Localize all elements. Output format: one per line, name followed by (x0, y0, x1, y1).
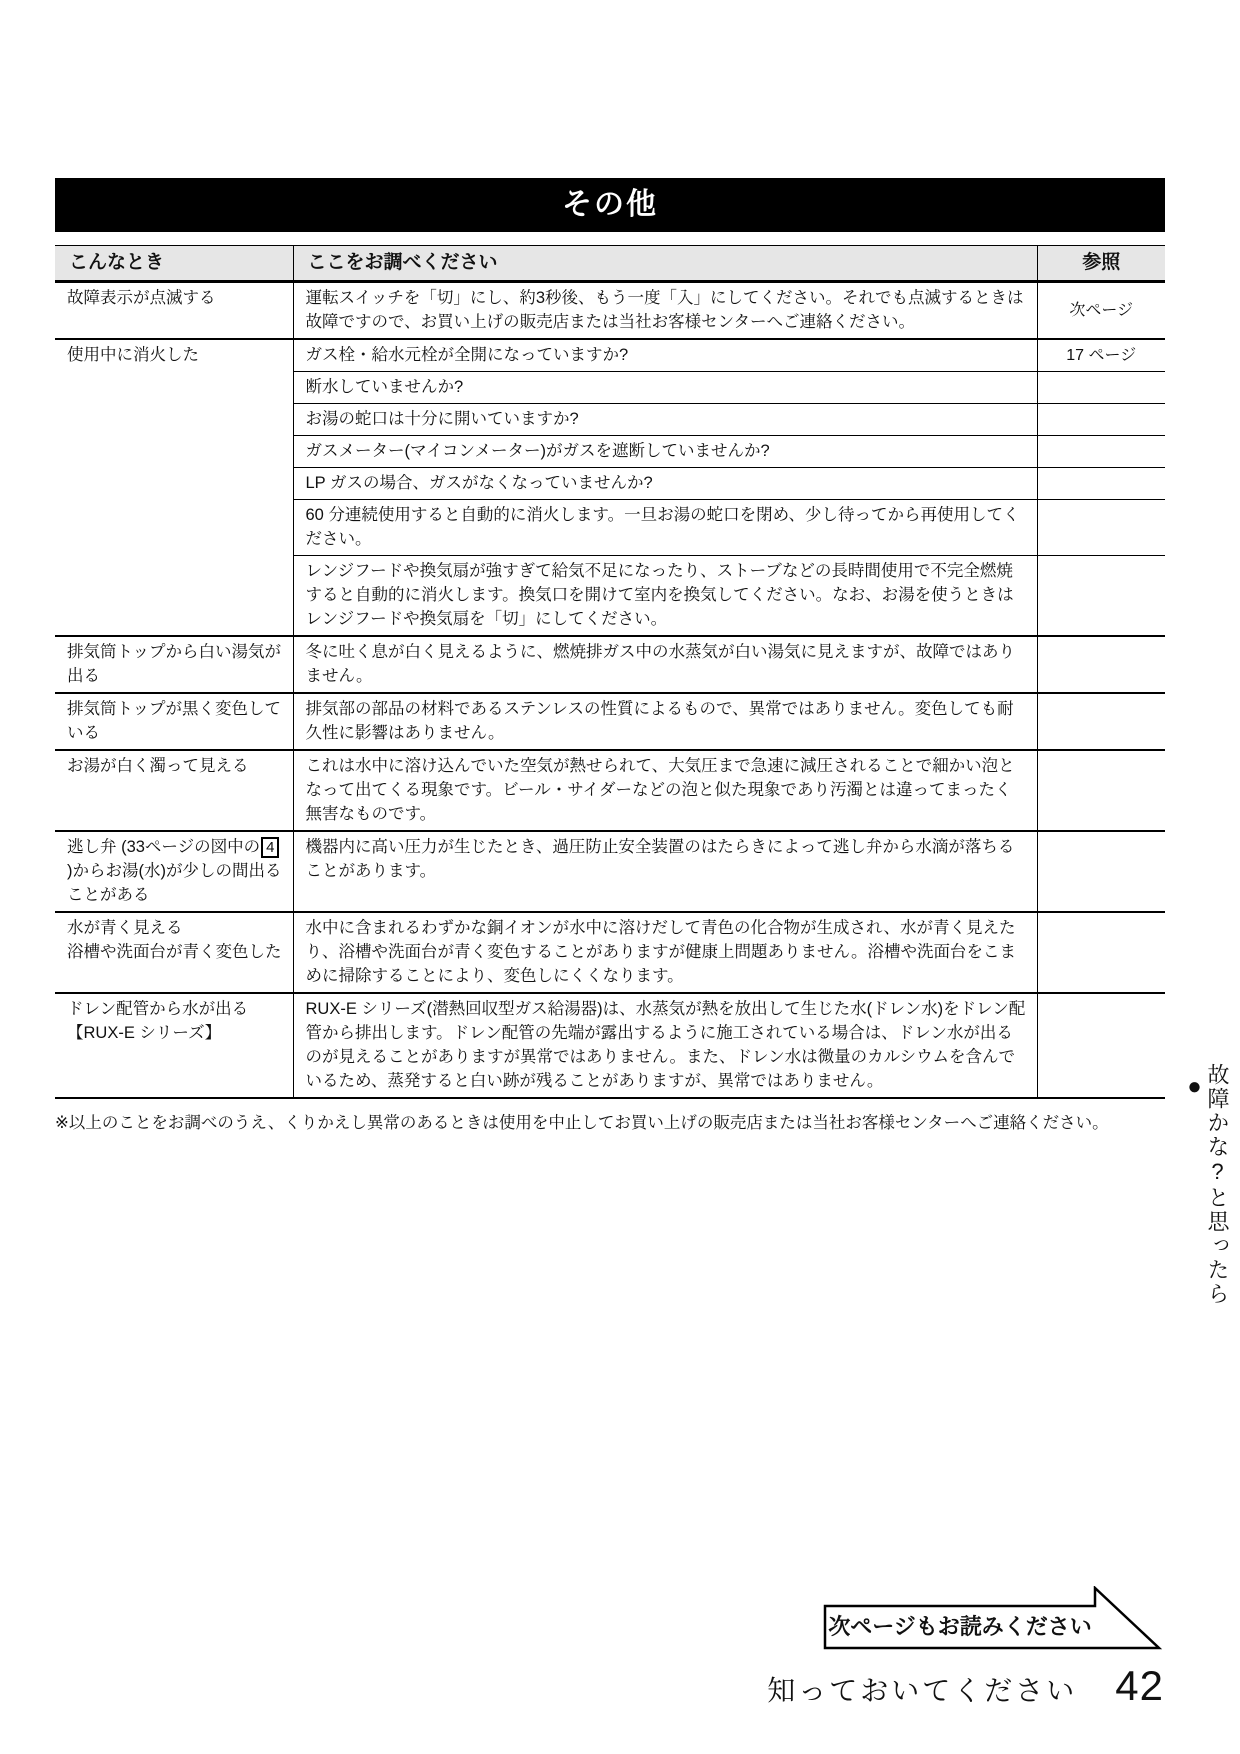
next-page-banner-text: 次ページもお読みください (825, 1606, 1095, 1648)
check-cell: 冬に吐く息が白く見えるように、燃焼排ガス中の水蒸気が白い湯気に見えますが、故障で… (293, 636, 1037, 693)
symptom-cell: 逃し弁 (33ページの図中の4)からお湯(水)が少しの間出ることがある (55, 831, 293, 912)
ref-cell (1037, 636, 1165, 693)
side-tab-bullet-icon: ● (1182, 1073, 1206, 1306)
check-cell: 水中に含まれるわずかな銅イオンが水中に溶けだして青色の化合物が生成され、水が青く… (293, 912, 1037, 993)
check-cell: 排気部の部品の材料であるステンレスの性質によるもので、異常ではありません。変色し… (293, 693, 1037, 750)
symptom-cell: お湯が白く濁って見える (55, 750, 293, 831)
ref-cell (1037, 372, 1165, 404)
check-cell: 機器内に高い圧力が生じたとき、過圧防止安全装置のはたらきによって逃し弁から水滴が… (293, 831, 1037, 912)
side-tab-text: 故障かな?と思ったら (1205, 1063, 1230, 1306)
column-header-when: こんなとき (55, 246, 293, 282)
symptom-text: 逃し弁 (33ページの図中の (67, 838, 260, 856)
section-title-bar: その他 (55, 178, 1165, 232)
ref-cell (1037, 750, 1165, 831)
row-drain-pipe: ドレン配管から水が出る 【RUX-E シリーズ】 RUX-E シリーズ(潜熱回収… (55, 993, 1165, 1098)
check-cell: ガスメーター(マイコンメーター)がガスを遮断していませんか? (293, 436, 1037, 468)
page-number: 42 (1115, 1662, 1164, 1710)
table-row: 使用中に消火した ガス栓・給水元栓が全開になっていますか? 17 ページ (55, 339, 1165, 372)
check-cell: RUX-E シリーズ(潜熱回収型ガス給湯器)は、水蒸気が熱を放出して生じた水(ド… (293, 993, 1037, 1098)
ref-cell (1037, 993, 1165, 1098)
check-cell: レンジフードや換気扇が強すぎて給気不足になったり、ストーブなどの長時間使用で不完… (293, 556, 1037, 637)
ref-cell (1037, 500, 1165, 556)
side-tab-label: 故障かな?と思ったら ● (1182, 1063, 1228, 1306)
symptom-cell: 使用中に消火した (55, 339, 293, 636)
symptom-line: 【RUX-E シリーズ】 (67, 1021, 283, 1045)
table-row: ドレン配管から水が出る 【RUX-E シリーズ】 RUX-E シリーズ(潜熱回収… (55, 993, 1165, 1098)
table-row: 排気筒トップから白い湯気が出る 冬に吐く息が白く見えるように、燃焼排ガス中の水蒸… (55, 636, 1165, 693)
table-row: お湯が白く濁って見える これは水中に溶け込んでいた空気が熱せられて、大気圧まで急… (55, 750, 1165, 831)
symptom-cell: ドレン配管から水が出る 【RUX-E シリーズ】 (55, 993, 293, 1098)
symptom-line: 水が青く見える (67, 916, 283, 940)
symptom-cell: 排気筒トップから白い湯気が出る (55, 636, 293, 693)
row-cloudy-water: お湯が白く濁って見える これは水中に溶け込んでいた空気が熱せられて、大気圧まで急… (55, 750, 1165, 831)
ref-cell (1037, 404, 1165, 436)
row-black-discoloration: 排気筒トップが黒く変色している 排気部の部品の材料であるステンレスの性質によるも… (55, 693, 1165, 750)
symptom-text: )からお湯(水)が少しの間出ることがある (67, 862, 281, 904)
row-blue-water: 水が青く見える 浴槽や洗面台が青く変色した 水中に含まれるわずかな銅イオンが水中… (55, 912, 1165, 993)
page-content: その他 こんなとき ここをお調べください 参照 故障表示が点滅する 運転スイッチ… (55, 0, 1165, 1136)
check-cell: 60 分連続使用すると自動的に消火します。一旦お湯の蛇口を閉め、少し待ってから再… (293, 500, 1037, 556)
page-footer: 知っておいてください 42 (767, 1662, 1164, 1710)
troubleshooting-table: こんなとき ここをお調べください 参照 故障表示が点滅する 運転スイッチを「切」… (55, 245, 1165, 1099)
boxed-4-marker: 4 (261, 837, 279, 858)
symptom-line: ドレン配管から水が出る (67, 997, 283, 1021)
check-cell: 運転スイッチを「切」にし、約3秒後、もう一度「入」にしてください。それでも点滅す… (293, 282, 1037, 340)
symptom-line: 浴槽や洗面台が青く変色した (67, 940, 283, 964)
ref-cell (1037, 556, 1165, 637)
table-header-row: こんなとき ここをお調べください 参照 (55, 246, 1165, 282)
table-row: 故障表示が点滅する 運転スイッチを「切」にし、約3秒後、もう一度「入」にしてくだ… (55, 282, 1165, 340)
symptom-cell: 排気筒トップが黒く変色している (55, 693, 293, 750)
row-error-blinking: 故障表示が点滅する 運転スイッチを「切」にし、約3秒後、もう一度「入」にしてくだ… (55, 282, 1165, 340)
row-white-steam: 排気筒トップから白い湯気が出る 冬に吐く息が白く見えるように、燃焼排ガス中の水蒸… (55, 636, 1165, 693)
symptom-cell: 水が青く見える 浴槽や洗面台が青く変色した (55, 912, 293, 993)
check-cell: 断水していませんか? (293, 372, 1037, 404)
section-title: その他 (562, 188, 658, 221)
table-row: 排気筒トップが黒く変色している 排気部の部品の材料であるステンレスの性質によるも… (55, 693, 1165, 750)
column-header-check: ここをお調べください (293, 246, 1037, 282)
ref-cell: 17 ページ (1037, 339, 1165, 372)
table-row: 逃し弁 (33ページの図中の4)からお湯(水)が少しの間出ることがある 機器内に… (55, 831, 1165, 912)
check-cell: これは水中に溶け込んでいた空気が熱せられて、大気圧まで急速に減圧されることで細か… (293, 750, 1037, 831)
footnote: ※以上のことをお調べのうえ、くりかえし異常のあるときは使用を中止してお買い上げの… (55, 1111, 1213, 1136)
ref-cell (1037, 468, 1165, 500)
row-relief-valve: 逃し弁 (33ページの図中の4)からお湯(水)が少しの間出ることがある 機器内に… (55, 831, 1165, 912)
next-page-banner: 次ページもお読みください (823, 1586, 1163, 1650)
ref-cell (1037, 693, 1165, 750)
symptom-cell: 故障表示が点滅する (55, 282, 293, 340)
table-row: 水が青く見える 浴槽や洗面台が青く変色した 水中に含まれるわずかな銅イオンが水中… (55, 912, 1165, 993)
ref-cell (1037, 831, 1165, 912)
column-header-ref: 参照 (1037, 246, 1165, 282)
ref-cell: 次ページ (1037, 282, 1165, 340)
check-cell: ガス栓・給水元栓が全開になっていますか? (293, 339, 1037, 372)
check-cell: LP ガスの場合、ガスがなくなっていませんか? (293, 468, 1037, 500)
row-flame-out: 使用中に消火した ガス栓・給水元栓が全開になっていますか? 17 ページ 断水し… (55, 339, 1165, 636)
footer-chapter-title: 知っておいてください (767, 1669, 1077, 1709)
check-cell: お湯の蛇口は十分に開いていますか? (293, 404, 1037, 436)
ref-cell (1037, 912, 1165, 993)
ref-cell (1037, 436, 1165, 468)
